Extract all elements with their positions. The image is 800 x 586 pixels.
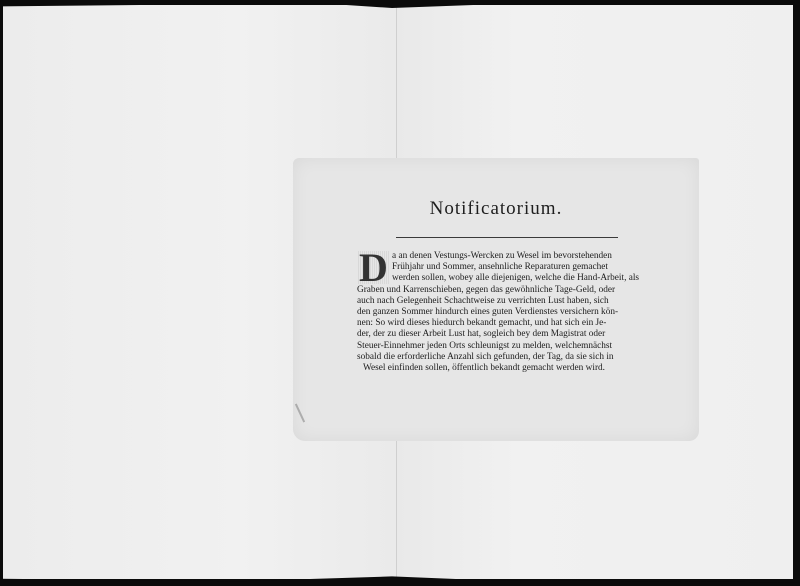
text-line: Graben und Karrenschieben, gegen das gew… [357,285,623,296]
pencil-mark [295,404,305,423]
text-line: werden sollen, wobey alle diejenigen, we… [357,273,623,284]
notice-sheet: Notificatorium. D a an denen Vestungs-We… [293,158,699,441]
text-line: Steuer-Einnehmer jeden Orts schleunigst … [357,341,623,352]
text-line: nen: So wird dieses hiedurch bekandt gem… [357,318,623,329]
text-line: a an denen Vestungs-Wercken zu Wesel im … [357,251,623,262]
title-rule [396,237,618,238]
dropcap-initial: D [357,251,390,284]
text-line: Frühjahr und Sommer, ansehnliche Reparat… [357,262,623,273]
text-line: sobald die erforderliche Anzahl sich gef… [357,352,623,363]
notice-body: D a an denen Vestungs-Wercken zu Wesel i… [357,251,623,374]
text-line: der, der zu dieser Arbeit Lust hat, sogl… [357,329,623,340]
text-line: Wesel einfinden sollen, öffentlich bekan… [357,363,623,374]
text-line: auch nach Gelegenheit Schachtweise zu ve… [357,296,623,307]
notice-title: Notificatorium. [293,198,699,220]
text-line: den ganzen Sommer hindurch eines guten V… [357,307,623,318]
